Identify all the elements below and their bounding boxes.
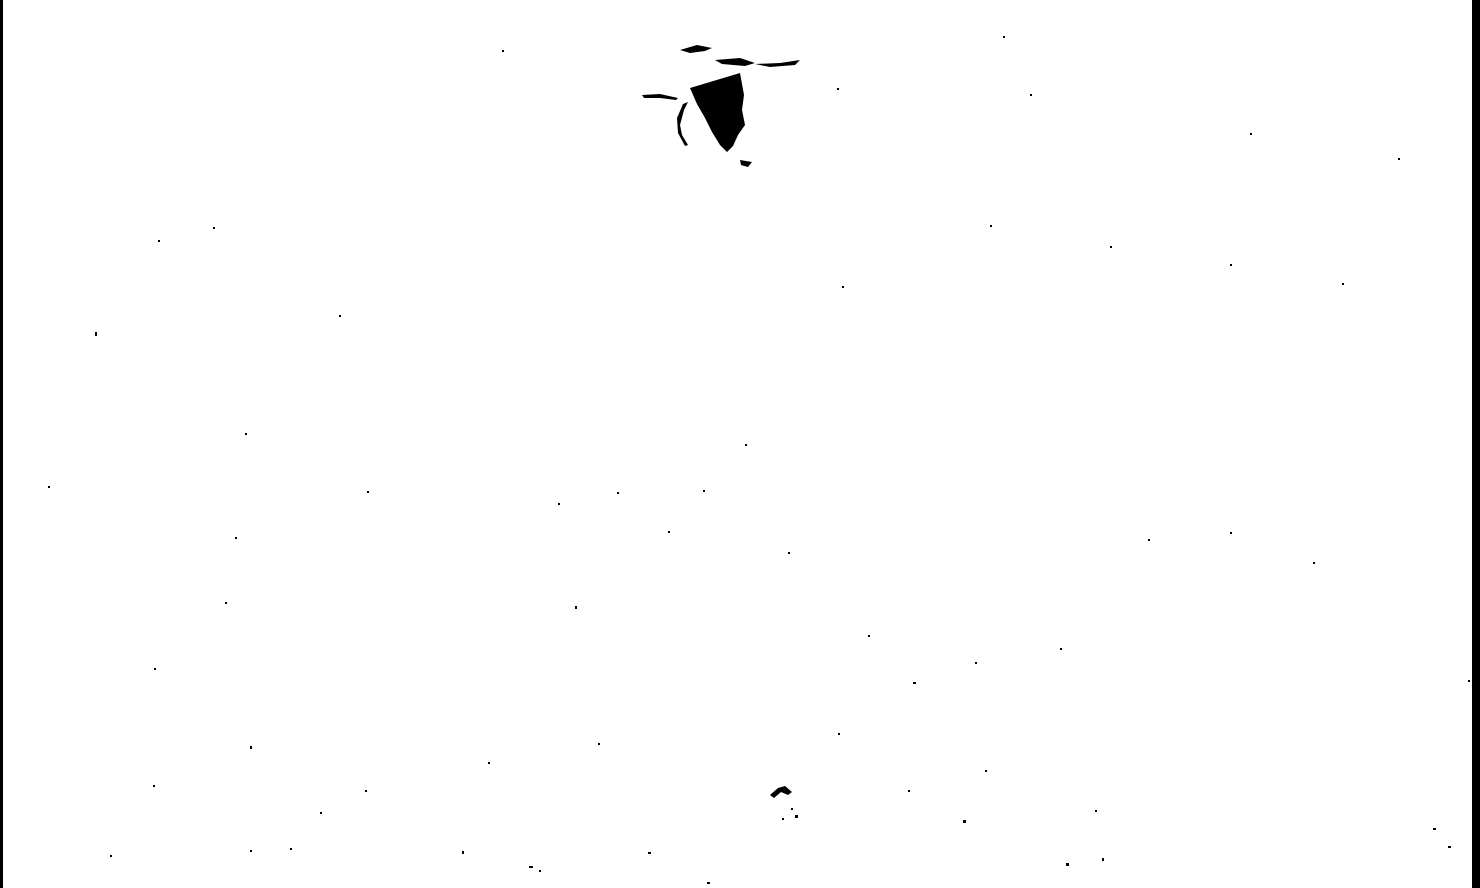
figure-silhouette (642, 45, 800, 167)
noise-specks (48, 36, 1470, 884)
photo-content (0, 0, 1480, 888)
binarized-photo (0, 0, 1480, 888)
